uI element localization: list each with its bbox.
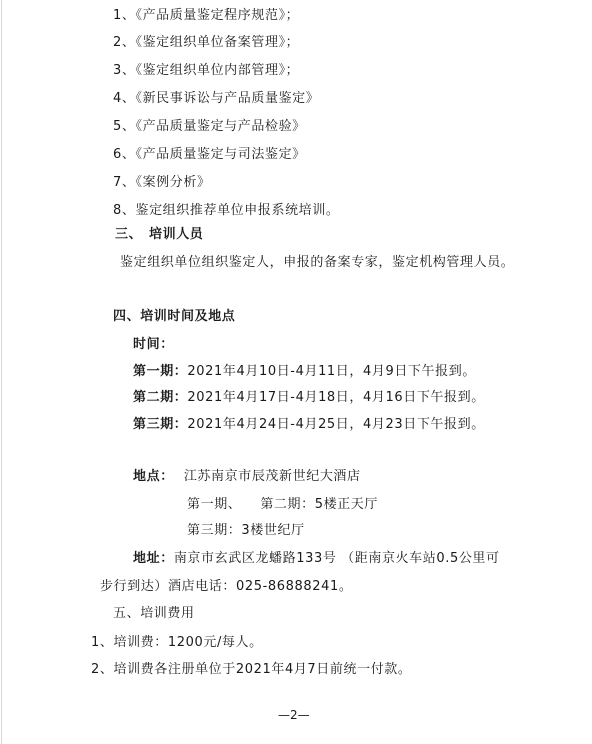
course-item: 4、《新民事诉讼与产品质量鉴定》 <box>113 91 319 107</box>
page-left-border <box>1 0 2 744</box>
time-label: 时间： <box>133 337 174 353</box>
session-label: 第三期： <box>133 417 187 432</box>
venue-label: 地点： <box>133 469 174 484</box>
venue-row: 地点：江苏南京市辰茂新世纪大酒店 <box>133 469 361 485</box>
course-item: 3、《鉴定组织单位内部管理》； <box>113 63 299 79</box>
course-item: 5、《产品质量鉴定与产品检验》 <box>113 119 306 135</box>
fee-item: 2、培训费各注册单位于2021年4月7日前统一付款。 <box>91 662 412 678</box>
section-heading: 培训人员 <box>149 227 203 243</box>
course-item: 8、鉴定组织推荐单位申报系统培训。 <box>113 203 339 219</box>
section-heading-number: 三、 <box>115 227 142 243</box>
address-text: 南京市玄武区龙蟠路133号 （距南京火车站0.5公里可 <box>174 551 500 566</box>
course-item: 2、《鉴定组织单位备案管理》； <box>113 35 299 51</box>
room-row: 第一期、 第二期：5楼正天厅 <box>187 497 378 513</box>
course-item: 6、《产品质量鉴定与司法鉴定》 <box>113 147 306 163</box>
fee-item: 1、培训费：1200元/每人。 <box>91 635 263 651</box>
session-dates: 2021年4月17日-4月18日，4月16日下午报到。 <box>187 390 484 405</box>
section-heading: 五、培训费用 <box>113 606 195 622</box>
session-label: 第二期： <box>133 390 187 405</box>
session-dates: 2021年4月10日-4月11日，4月9日下午报到。 <box>187 364 476 379</box>
address-continued: 步行到达）酒店电话：025-86888241。 <box>100 579 352 595</box>
session-row: 第三期：2021年4月24日-4月25日，4月23日下午报到。 <box>133 417 485 433</box>
address-row: 地址：南京市玄武区龙蟠路133号 （距南京火车站0.5公里可 <box>133 551 500 567</box>
session-label: 第一期： <box>133 364 187 379</box>
address-label: 地址： <box>133 551 174 566</box>
page-number: —2— <box>278 707 310 723</box>
section-heading: 四、培训时间及地点 <box>113 309 235 325</box>
course-item: 7、《案例分析》 <box>113 175 211 191</box>
session-row: 第二期：2021年4月17日-4月18日，4月16日下午报到。 <box>133 390 485 406</box>
session-dates: 2021年4月24日-4月25日，4月23日下午报到。 <box>187 417 484 432</box>
venue-name: 江苏南京市辰茂新世纪大酒店 <box>184 469 361 484</box>
room-row: 第三期：3楼世纪厅 <box>187 523 305 539</box>
trainees-text: 鉴定组织单位组织鉴定人，申报的备案专家，鉴定机构管理人员。 <box>120 255 514 271</box>
session-row: 第一期：2021年4月10日-4月11日，4月9日下午报到。 <box>133 364 476 380</box>
course-item: 1、《产品质量鉴定程序规范》； <box>113 8 299 24</box>
